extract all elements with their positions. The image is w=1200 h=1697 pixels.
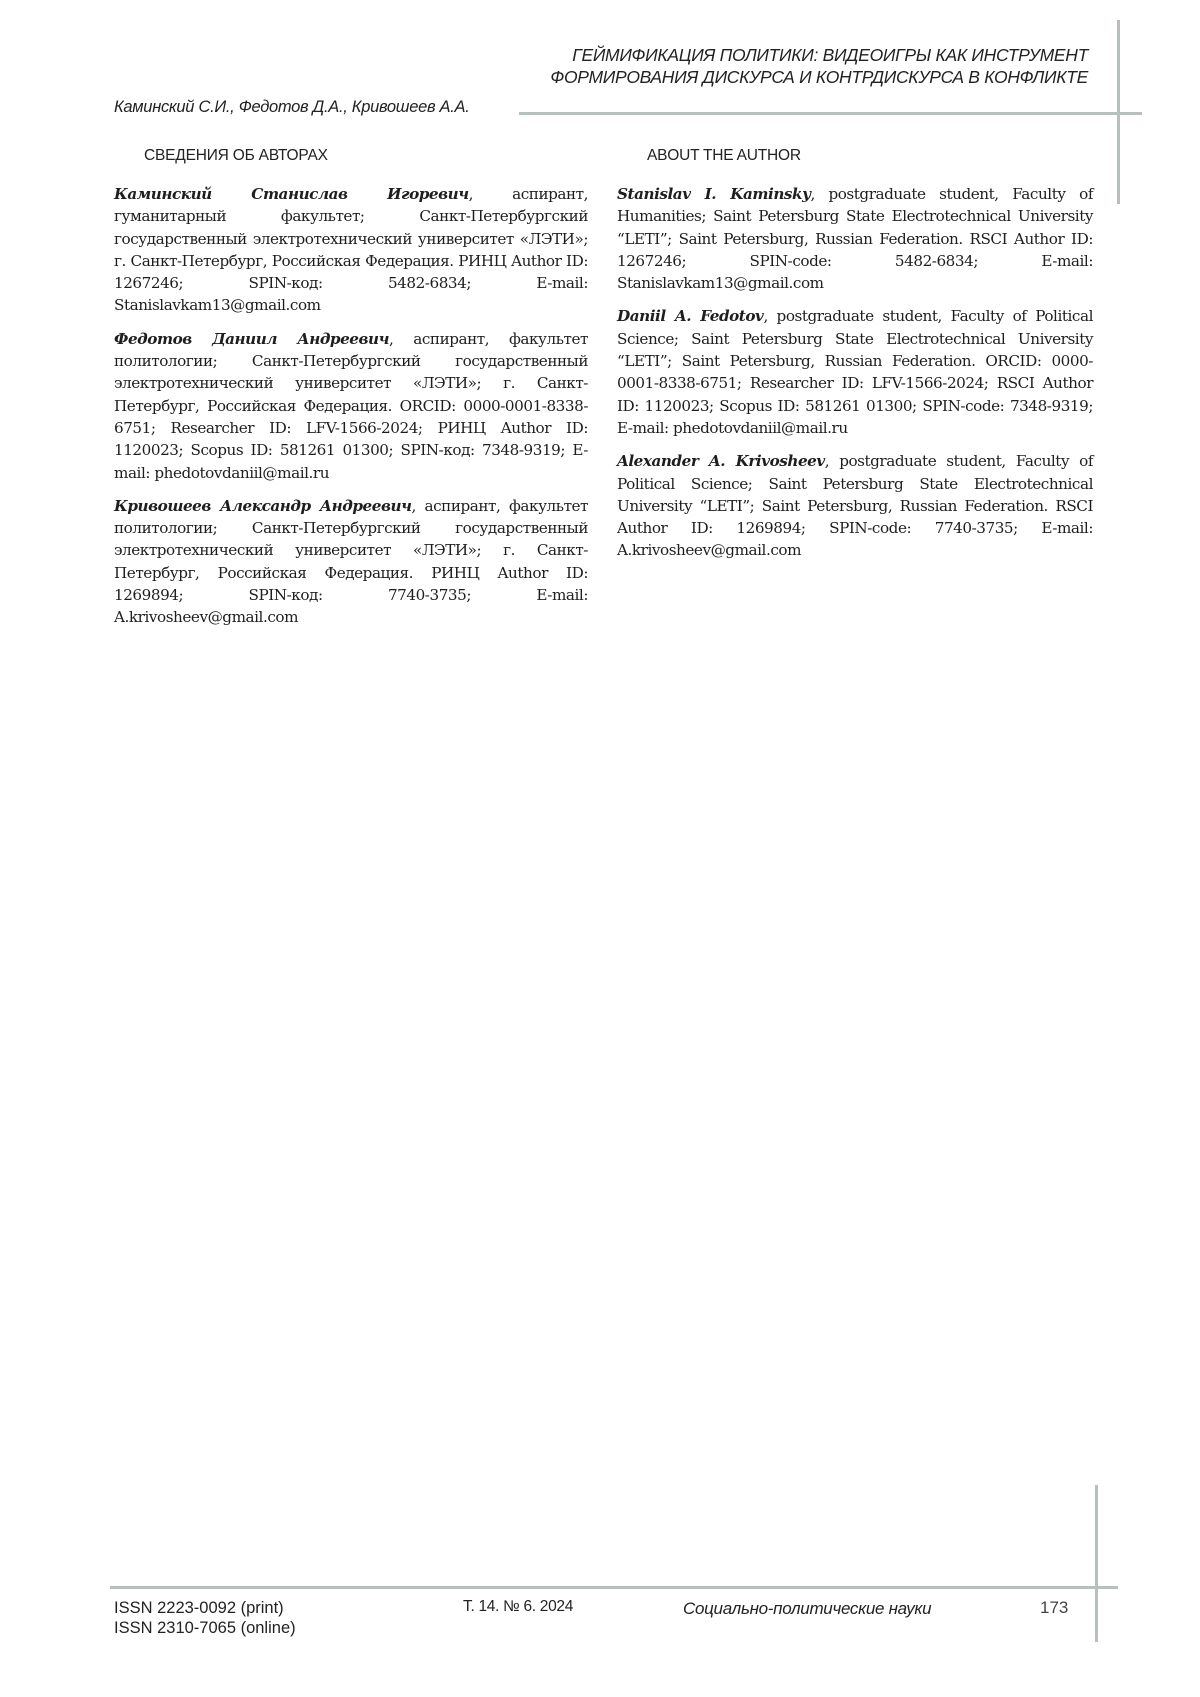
author-name: Daniil A. Fedotov bbox=[617, 307, 763, 325]
author-bio-ru: Кривошеев Александр Андреевич, аспирант,… bbox=[114, 495, 588, 629]
page-number: 173 bbox=[1040, 1598, 1068, 1618]
author-bio-en: Stanislav I. Kaminsky, postgraduate stud… bbox=[617, 183, 1093, 294]
author-name: Федотов Даниил Андреевич bbox=[114, 330, 389, 348]
footer-horizontal-rule bbox=[110, 1586, 1118, 1589]
authors-info-en: ABOUT THE AUTHOR Stanislav I. Kaminsky, … bbox=[617, 146, 1093, 573]
running-authors: Каминский С.И., Федотов Д.А., Кривошеев … bbox=[114, 98, 470, 117]
author-bio-en: Alexander A. Krivosheev, postgraduate st… bbox=[617, 450, 1093, 561]
author-name: Кривошеев Александр Андреевич bbox=[114, 497, 412, 515]
author-bio-en: Daniil A. Fedotov, postgraduate student,… bbox=[617, 305, 1093, 439]
running-title-line-2: формирования дискурса и контрдискурса в … bbox=[468, 66, 1088, 88]
author-name: Каминский Станислав Игоревич bbox=[114, 185, 469, 203]
bottom-right-vertical-rule bbox=[1095, 1485, 1098, 1642]
section-heading-en: ABOUT THE AUTHOR bbox=[647, 146, 1093, 166]
footer-issn: ISSN 2223-0092 (print) ISSN 2310-7065 (o… bbox=[114, 1598, 296, 1638]
issn-print: ISSN 2223-0092 (print) bbox=[114, 1598, 296, 1618]
running-title: Геймификация политики: видеоигры как инс… bbox=[468, 44, 1088, 88]
author-name: Stanislav I. Kaminsky bbox=[617, 185, 810, 203]
author-details: , postgraduate student, Faculty of Polit… bbox=[617, 307, 1093, 436]
author-bio-ru: Федотов Даниил Андреевич, аспирант, факу… bbox=[114, 328, 588, 484]
author-details: , аспирант, гуманитарный факультет; Санк… bbox=[114, 185, 588, 314]
header-horizontal-rule bbox=[519, 112, 1142, 115]
author-details: , аспирант, факультет политологии; Санкт… bbox=[114, 497, 588, 626]
author-bio-ru: Каминский Станислав Игоревич, аспирант, … bbox=[114, 183, 588, 317]
author-name: Alexander A. Krivosheev bbox=[617, 452, 825, 470]
authors-info-ru: СВЕДЕНИЯ ОБ АВТОРАХ Каминский Станислав … bbox=[114, 146, 588, 640]
section-heading-ru: СВЕДЕНИЯ ОБ АВТОРАХ bbox=[144, 146, 588, 166]
issn-online: ISSN 2310-7065 (online) bbox=[114, 1618, 296, 1638]
running-title-line-1: Геймификация политики: видеоигры как инс… bbox=[468, 44, 1088, 66]
volume-issue: Т. 14. № 6. 2024 bbox=[463, 1598, 573, 1616]
journal-name: Социально-политические науки bbox=[683, 1599, 931, 1619]
author-details: , аспирант, факультет политологии; Санкт… bbox=[114, 330, 588, 482]
